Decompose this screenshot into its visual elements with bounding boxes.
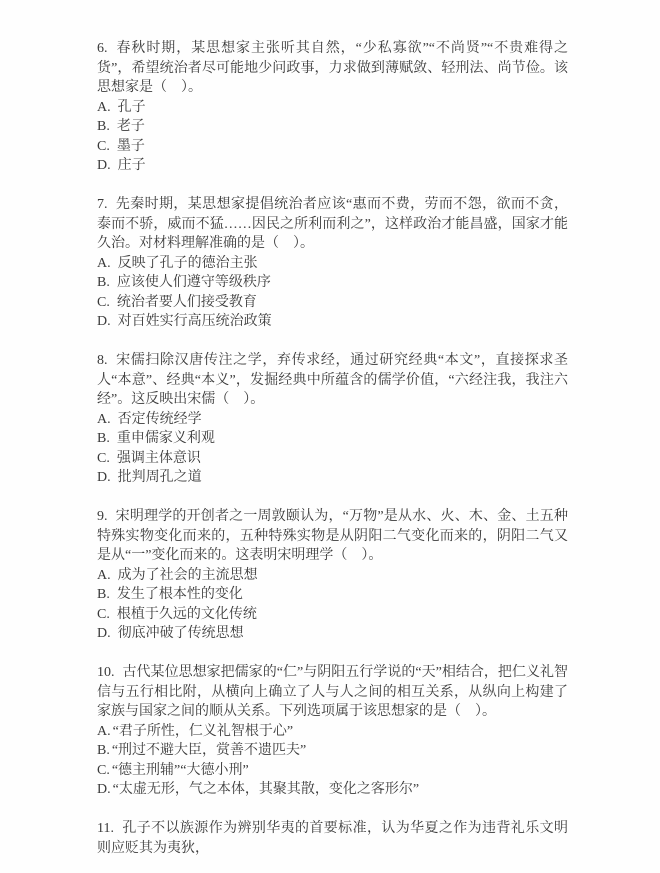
option-row: A.孔子 [97, 98, 568, 118]
option-row: D.“太虚无形，气之本体，其聚其散，变化之客形尔” [97, 780, 568, 800]
question-text: 宋明理学的开创者之一周敦颐认为，“万物”是从水、火、木、金、土五种特殊实物变化而… [97, 509, 568, 563]
option-text: 统治者要人们接受教育 [117, 295, 257, 310]
option-row: B.重申儒家义利观 [97, 429, 568, 449]
option-label: C. [97, 295, 110, 310]
option-row: A.“君子所性，仁义礼智根于心” [97, 722, 568, 742]
option-text: 重申儒家义利观 [117, 431, 215, 446]
option-label: B. [97, 275, 110, 290]
question-text: 春秋时期，某思想家主张听其自然，“少私寡欲”“不尚贤”“不贵难得之货”，希望统治… [97, 41, 568, 95]
question-text: 古代某位思想家把儒家的“仁”与阴阳五行学说的“天”相结合，把仁义礼智信与五行相比… [97, 665, 568, 719]
option-row: A.成为了社会的主流思想 [97, 566, 568, 586]
option-row: D.彻底冲破了传统思想 [97, 624, 568, 644]
option-label: B. [97, 587, 110, 602]
option-label: B. [97, 431, 110, 446]
option-text: 根植于久远的文化传统 [117, 607, 257, 622]
option-text: 反映了孔子的德治主张 [118, 256, 258, 271]
option-label: A. [97, 412, 111, 427]
option-label: A. [97, 724, 111, 739]
option-text: 庄子 [118, 158, 146, 173]
option-text: 成为了社会的主流思想 [118, 568, 258, 583]
question-block-6: 6.春秋时期，某思想家主张听其自然，“少私寡欲”“不尚贤”“不贵难得之货”，希望… [97, 39, 568, 176]
option-row: C.根植于久远的文化传统 [97, 605, 568, 625]
option-label: B. [97, 743, 110, 758]
option-row: A.否定传统经学 [97, 410, 568, 430]
option-text: “德主刑辅”“大德小刑” [112, 763, 249, 778]
option-text: “君子所性，仁义礼智根于心” [113, 724, 293, 739]
option-text: 强调主体意识 [117, 451, 201, 466]
option-label: D. [97, 314, 111, 329]
question-stem: 11.孔子不以族源作为辨别华夷的首要标准，认为华夏之作为违背礼乐文明则应贬其为夷… [97, 819, 568, 858]
option-text: 彻底冲破了传统思想 [118, 626, 244, 641]
option-text: 应该使人们遵守等级秩序 [117, 275, 271, 290]
option-label: A. [97, 100, 111, 115]
option-label: C. [97, 763, 110, 778]
question-block-7: 7.先秦时期，某思想家提倡统治者应该“惠而不费，劳而不怨，欲而不贪，泰而不骄，威… [97, 195, 568, 332]
question-block-11: 11.孔子不以族源作为辨别华夷的首要标准，认为华夏之作为违背礼乐文明则应贬其为夷… [97, 819, 568, 858]
document-page: 6.春秋时期，某思想家主张听其自然，“少私寡欲”“不尚贤”“不贵难得之货”，希望… [0, 0, 660, 873]
option-row: D.对百姓实行高压统治政策 [97, 312, 568, 332]
option-row: D.批判周孔之道 [97, 468, 568, 488]
option-label: B. [97, 119, 110, 134]
question-text: 宋儒扫除汉唐传注之学，弃传求经，通过研究经典“本文”，直接探求圣人“本意”、经典… [97, 353, 568, 407]
option-row: C.统治者要人们接受教育 [97, 293, 568, 313]
option-label: C. [97, 451, 110, 466]
option-row: B.应该使人们遵守等级秩序 [97, 273, 568, 293]
option-text: 对百姓实行高压统治政策 [118, 314, 272, 329]
question-block-9: 9.宋明理学的开创者之一周敦颐认为，“万物”是从水、火、木、金、土五种特殊实物变… [97, 507, 568, 644]
option-text: 墨子 [117, 139, 145, 154]
option-label: D. [97, 626, 111, 641]
option-label: C. [97, 139, 110, 154]
question-stem: 8.宋儒扫除汉唐传注之学，弃传求经，通过研究经典“本文”，直接探求圣人“本意”、… [97, 351, 568, 410]
question-number: 11. [97, 821, 114, 836]
option-label: D. [97, 158, 111, 173]
option-label: C. [97, 607, 110, 622]
option-text: 否定传统经学 [118, 412, 202, 427]
option-row: C.“德主刑辅”“大德小刑” [97, 761, 568, 781]
question-stem: 10.古代某位思想家把儒家的“仁”与阴阳五行学说的“天”相结合，把仁义礼智信与五… [97, 663, 568, 722]
option-row: D.庄子 [97, 156, 568, 176]
question-block-10: 10.古代某位思想家把儒家的“仁”与阴阳五行学说的“天”相结合，把仁义礼智信与五… [97, 663, 568, 800]
option-text: 批判周孔之道 [118, 470, 202, 485]
question-number: 8. [97, 353, 108, 368]
question-number: 9. [97, 509, 108, 524]
option-text: 老子 [117, 119, 145, 134]
option-text: 孔子 [118, 100, 146, 115]
option-label: A. [97, 568, 111, 583]
option-text: 发生了根本性的变化 [117, 587, 243, 602]
option-row: B.老子 [97, 117, 568, 137]
option-label: A. [97, 256, 111, 271]
question-text: 孔子不以族源作为辨别华夷的首要标准，认为华夏之作为违背礼乐文明则应贬其为夷狄， [97, 821, 568, 856]
option-row: A.反映了孔子的德治主张 [97, 254, 568, 274]
option-text: “刑过不避大臣，赏善不遗匹夫” [112, 743, 306, 758]
option-text: “太虚无形，气之本体，其聚其散，变化之客形尔” [113, 782, 419, 797]
question-number: 10. [97, 665, 115, 680]
question-block-8: 8.宋儒扫除汉唐传注之学，弃传求经，通过研究经典“本文”，直接探求圣人“本意”、… [97, 351, 568, 488]
question-stem: 6.春秋时期，某思想家主张听其自然，“少私寡欲”“不尚贤”“不贵难得之货”，希望… [97, 39, 568, 98]
option-row: B.发生了根本性的变化 [97, 585, 568, 605]
option-row: C.强调主体意识 [97, 449, 568, 469]
question-text: 先秦时期，某思想家提倡统治者应该“惠而不费，劳而不怨，欲而不贪，泰而不骄，威而不… [97, 197, 568, 251]
option-label: D. [97, 782, 111, 797]
question-stem: 7.先秦时期，某思想家提倡统治者应该“惠而不费，劳而不怨，欲而不贪，泰而不骄，威… [97, 195, 568, 254]
question-number: 6. [97, 41, 108, 56]
question-stem: 9.宋明理学的开创者之一周敦颐认为，“万物”是从水、火、木、金、土五种特殊实物变… [97, 507, 568, 566]
option-row: C.墨子 [97, 137, 568, 157]
option-row: B.“刑过不避大臣，赏善不遗匹夫” [97, 741, 568, 761]
option-label: D. [97, 470, 111, 485]
question-number: 7. [97, 197, 108, 212]
